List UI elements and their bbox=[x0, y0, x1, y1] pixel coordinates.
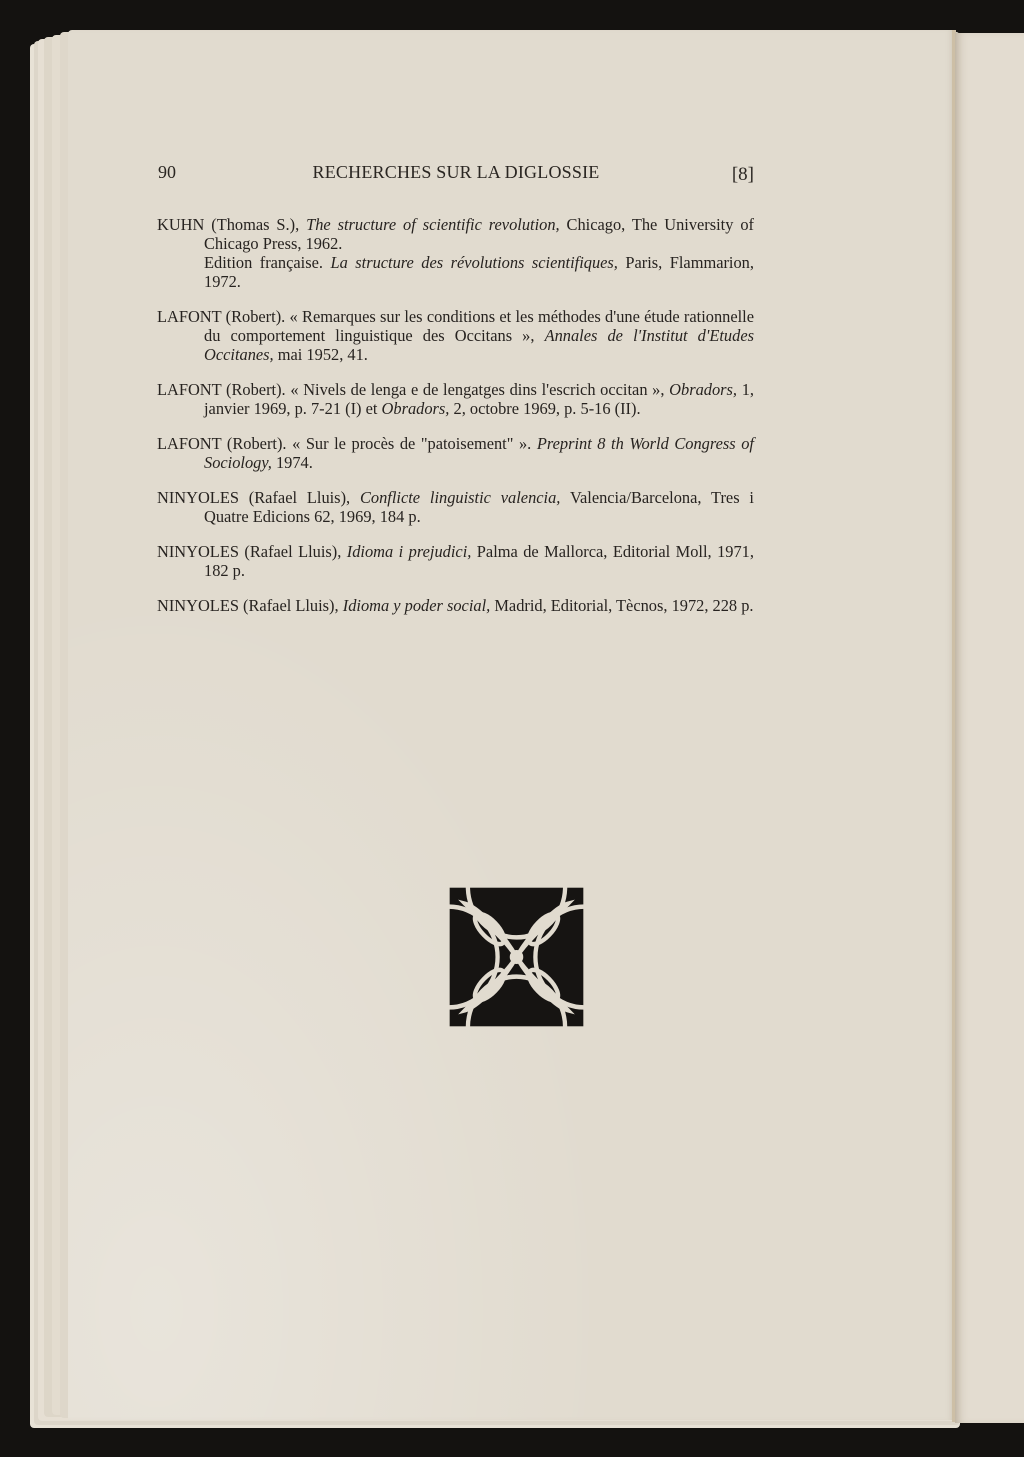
facing-page-edge bbox=[955, 33, 1024, 1423]
entry-title: The structure of scientific revolution, bbox=[306, 215, 560, 234]
bibliography-entry-lafont-1969: LAFONT (Robert). « Nivels de lenga e de … bbox=[157, 380, 754, 418]
entry-title: Conflicte linguistic valencia, bbox=[360, 488, 560, 507]
entry-note-title: La structure des révolutions scientifiqu… bbox=[330, 253, 617, 272]
bibliography-list: KUHN (Thomas S.), The structure of scien… bbox=[157, 215, 754, 631]
entry-note-prefix: Edition française. bbox=[204, 253, 323, 272]
entry-publication: 1974. bbox=[276, 453, 313, 472]
bibliography-entry-ninyoles-1972: NINYOLES (Rafael Lluis), Idioma y poder … bbox=[157, 596, 754, 615]
bibliography-entry-ninyoles-1971: NINYOLES (Rafael Lluis), Idioma i prejud… bbox=[157, 542, 754, 580]
bibliography-entry-lafont-1952: LAFONT (Robert). « Remarques sur les con… bbox=[157, 307, 754, 364]
section-marker: [8] bbox=[732, 164, 754, 186]
entry-author: NINYOLES (Rafael Lluis), bbox=[157, 542, 341, 561]
entry-author: NINYOLES (Rafael Lluis), bbox=[157, 488, 350, 507]
running-header: 90 RECHERCHES SUR LA DIGLOSSIE [8] bbox=[158, 162, 754, 186]
entry-publication: mai 1952, 41. bbox=[278, 345, 368, 364]
entry-author: KUHN (Thomas S.), bbox=[157, 215, 299, 234]
entry-author: LAFONT (Robert). bbox=[157, 380, 286, 399]
celtic-quatrefoil-ornament-icon bbox=[449, 887, 584, 1027]
bibliography-entry-ninyoles-1969: NINYOLES (Rafael Lluis), Conflicte lingu… bbox=[157, 488, 754, 526]
bibliography-entry-kuhn: KUHN (Thomas S.), The structure of scien… bbox=[157, 215, 754, 291]
entry-author: NINYOLES (Rafael Lluis), bbox=[157, 596, 339, 615]
bibliography-entry-lafont-1974: LAFONT (Robert). « Sur le procès de "pat… bbox=[157, 434, 754, 472]
entry-title: Idioma y poder social, bbox=[343, 596, 491, 615]
entry-author: LAFONT (Robert). bbox=[157, 434, 287, 453]
entry-publication: 2, octobre 1969, p. 5-16 (II). bbox=[454, 399, 641, 418]
entry-journal: Obradors, bbox=[382, 399, 450, 418]
entry-author: LAFONT (Robert). bbox=[157, 307, 285, 326]
entry-title: Idioma i prejudici, bbox=[347, 542, 472, 561]
running-title: RECHERCHES SUR LA DIGLOSSIE bbox=[158, 162, 754, 183]
entry-article: « Nivels de lenga e de lengatges dins l'… bbox=[290, 380, 664, 399]
entry-article: « Sur le procès de "patoisement" ». bbox=[292, 434, 531, 453]
entry-journal: Obradors, bbox=[669, 380, 737, 399]
entry-publication: Madrid, Editorial, Tècnos, 1972, 228 p. bbox=[494, 596, 753, 615]
